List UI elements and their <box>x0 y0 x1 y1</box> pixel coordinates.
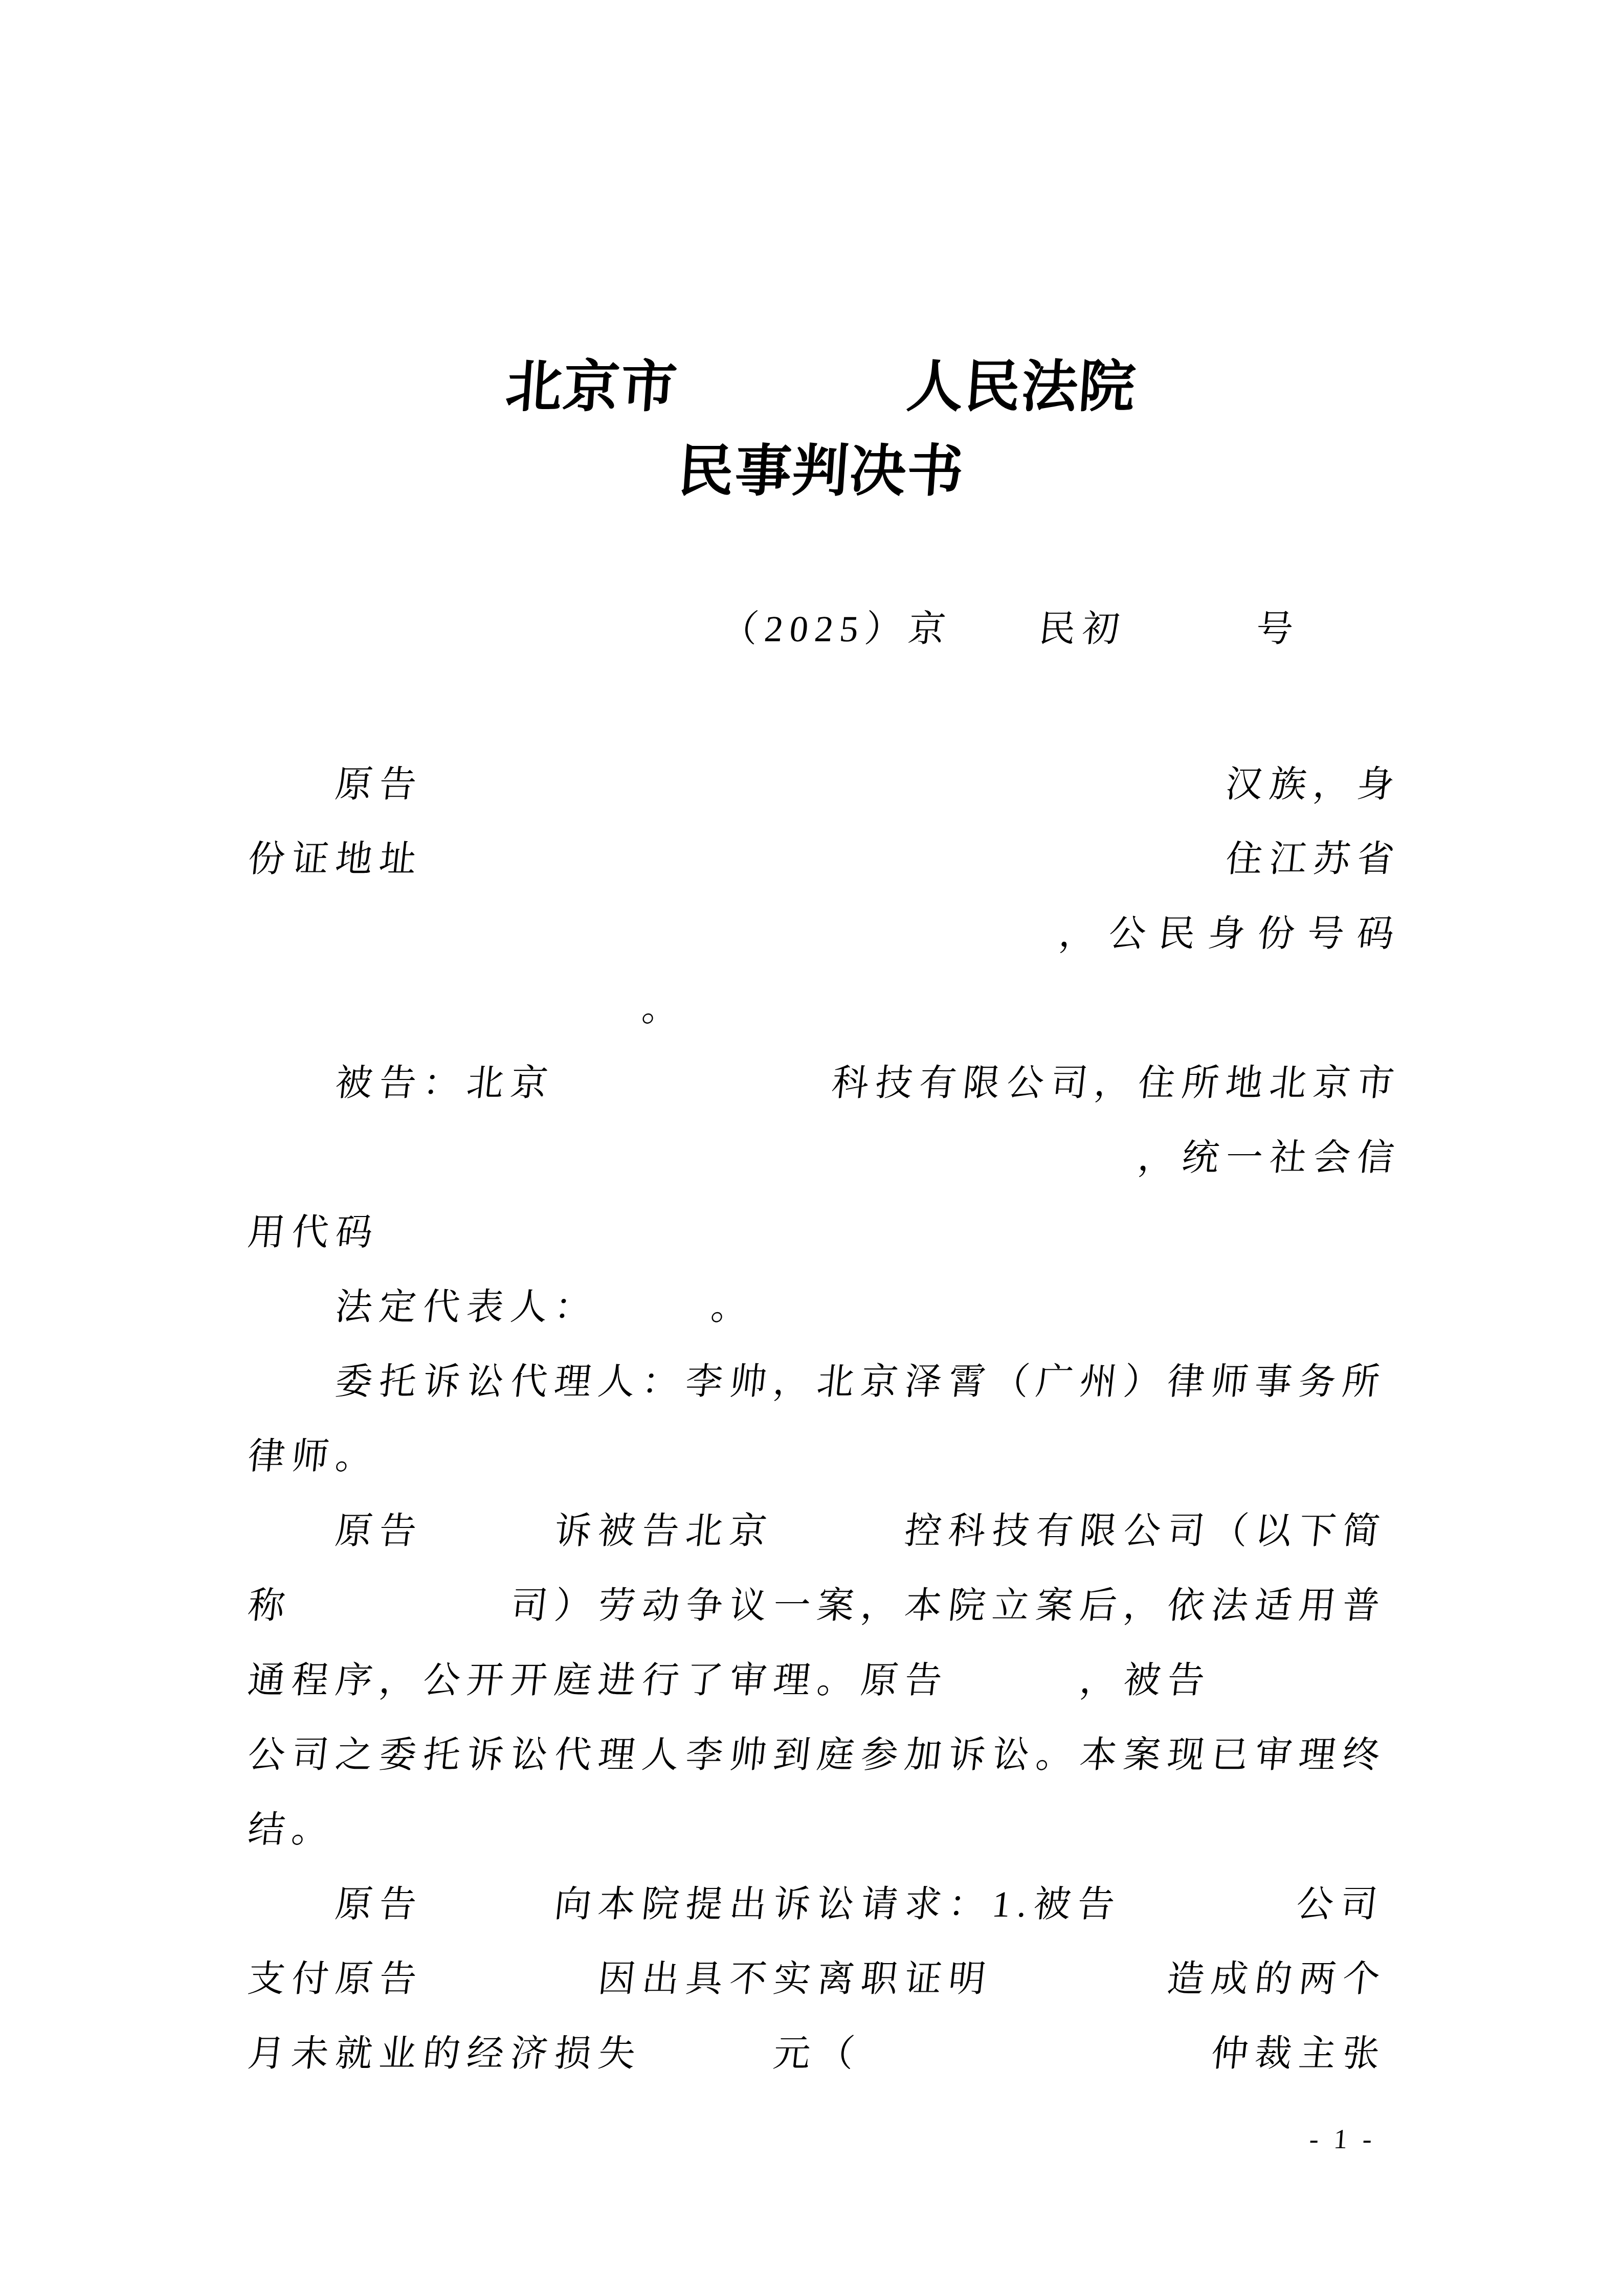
case-number: （2025）京 民初 号 <box>244 592 1397 666</box>
spacer <box>248 514 1394 592</box>
plaintiff-line-3: ，公民身份号码 <box>244 896 1410 971</box>
plaintiff-line-4: 。 <box>244 971 1397 1046</box>
attorney-line-1: 委托诉讼代理人：李帅，北京泽霄（广州）律师事务所 <box>244 1344 1397 1419</box>
case-intro-line-4: 公司之委托诉讼代理人李帅到庭参加诉讼。本案现已审理终 <box>244 1718 1397 1792</box>
defendant-line-2: ，统一社会信 <box>244 1120 1405 1195</box>
residence-text: 住江苏省 <box>1222 822 1405 896</box>
defendant-label: 被告：北京 <box>331 1046 558 1120</box>
page-number: - 1 - <box>247 2124 1395 2154</box>
claim-line-1: 原告 向本院提出诉讼请求：1.被告 公司 <box>244 1867 1397 1942</box>
plaintiff-label: 原告 <box>331 747 427 822</box>
case-intro-line-2: 称 司）劳动争议一案，本院立案后，依法适用普 <box>244 1568 1397 1643</box>
defendant-company-text: 科技有限公司，住所地北京市 <box>828 1046 1405 1120</box>
document-type-title: 民事判决书 <box>245 430 1397 514</box>
case-intro-line-1: 原告 诉被告北京 控科技有限公司（以下简 <box>244 1494 1397 1568</box>
case-intro-line-3: 通程序，公开开庭进行了审理。原告 ，被告 <box>244 1643 1397 1718</box>
plaintiff-ethnicity: 汉族，身 <box>1222 747 1405 822</box>
plaintiff-line-1: 原告 汉族，身 <box>244 747 1397 822</box>
court-title: 北京市 人民法院 <box>245 345 1397 430</box>
id-address-label: 份证地址 <box>244 822 427 896</box>
defendant-line-3: 用代码 <box>244 1195 1397 1270</box>
case-intro-line-5: 结。 <box>244 1792 1397 1867</box>
claim-line-2: 支付原告 因出具不实离职证明 造成的两个 <box>244 1942 1397 2016</box>
attorney-line-2: 律师。 <box>244 1419 1397 1494</box>
defendant-line-1: 被告：北京 科技有限公司，住所地北京市 <box>244 1046 1397 1120</box>
judgment-document-page: 北京市 人民法院 民事判决书 （2025）京 民初 号 原告 汉族，身 份证地址… <box>0 0 1624 2296</box>
legal-representative-line: 法定代表人： 。 <box>244 1270 1397 1344</box>
plaintiff-line-2: 份证地址 住江苏省 <box>244 822 1397 896</box>
claim-line-3: 月未就业的经济损失 元（ 仲裁主张 <box>244 2016 1397 2091</box>
spacer <box>248 666 1394 747</box>
